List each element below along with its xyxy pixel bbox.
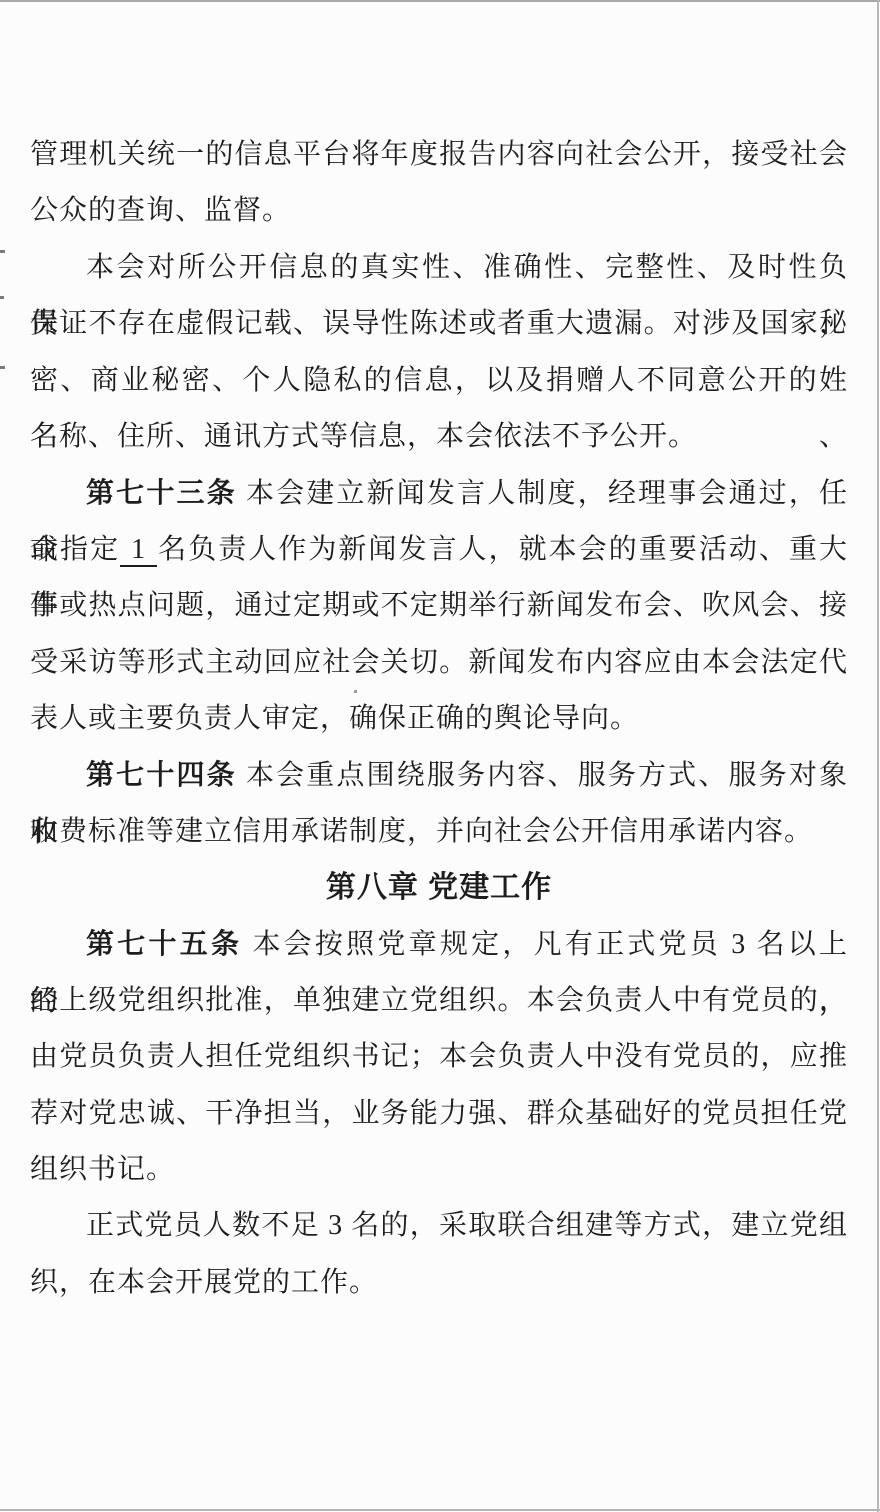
bold-article-label: 第七十五条 [86, 928, 242, 959]
text-line: 受采访等形式主动回应社会关切。新闻发布内容应由本会法定代 [30, 635, 848, 691]
scan-edge-bottom [0, 1509, 880, 1511]
scan-edge-top [0, 0, 880, 2]
text-line: 由党员负责人担任党组织书记；本会负责人中没有党员的，应推 [30, 1029, 848, 1085]
text-line: 本会对所公开信息的真实性、准确性、完整性、及时性负责， [30, 240, 848, 296]
text-line: 收费标准等建立信用承诺制度，并向社会公开信用承诺内容。 [30, 804, 848, 860]
text-run: 正式党员人数不足 3 名的，采取联合组建等方式，建立党组 [86, 1210, 848, 1241]
scanned-document-page: 管理机关统一的信息平台将年度报告内容向社会公开，接受社会公众的查询、监督。本会对… [0, 0, 880, 1512]
scan-edge-right [877, 0, 879, 1512]
text-line: 织，在本会开展党的工作。 [30, 1255, 848, 1311]
text-line: 组织书记。 [30, 1142, 848, 1198]
text-line: 第七十三条 本会建立新闻发言人制度，经理事会通过，任命 [30, 465, 848, 521]
text-line: 正式党员人数不足 3 名的，采取联合组建等方式，建立党组 [30, 1198, 848, 1254]
text-run: 由党员负责人担任党组织书记；本会负责人中没有党员的，应推 [30, 1041, 848, 1072]
scan-speck [0, 296, 4, 299]
text-line: 表人或主要负责人审定，确保正确的舆论导向。 [30, 691, 848, 747]
text-line: 第七十五条 本会按照党章规定，凡有正式党员 3 名以上的， [30, 916, 848, 972]
text-line: 经上级党组织批准，单独建立党组织。本会负责人中有党员的， [30, 973, 848, 1029]
text-run: 管理机关统一的信息平台将年度报告内容向社会公开，接受社会 [30, 139, 848, 170]
text-line: 第七十四条 本会重点围绕服务内容、服务方式、服务对象和 [30, 747, 848, 803]
text-run: 名称、住所、通讯方式等信息，本会依法不予公开。 [30, 421, 697, 452]
scan-speck [0, 366, 5, 369]
text-run: 保证不存在虚假记载、误导性陈述或者重大遗漏。对涉及国家秘 [30, 308, 848, 339]
text-line: 密、商业秘密、个人隐私的信息，以及捐赠人不同意公开的姓名、 [30, 353, 848, 409]
bold-article-label: 第八章 党建工作 [326, 871, 552, 904]
text-run: 经上级党组织批准，单独建立党组织。本会负责人中有党员的， [30, 985, 848, 1016]
text-line: 荐对党忠诚、干净担当，业务能力强、群众基础好的党员担任党 [30, 1086, 848, 1142]
text-run: 收费标准等建立信用承诺制度，并向社会公开信用承诺内容。 [30, 816, 813, 847]
text-run: 表人或主要负责人审定，确保正确的舆论导向。 [30, 703, 639, 734]
text-run: 组织书记。 [30, 1154, 175, 1185]
text-line: 或指定1名负责人作为新闻发言人，就本会的重要活动、重大事 [30, 522, 848, 578]
text-line: 保证不存在虚假记载、误导性陈述或者重大遗漏。对涉及国家秘 [30, 296, 848, 352]
text-run: 织，在本会开展党的工作。 [30, 1267, 378, 1298]
text-run: 公众的查询、监督。 [30, 195, 291, 226]
text-line: 公众的查询、监督。 [30, 183, 848, 239]
text-run: 荐对党忠诚、干净担当，业务能力强、群众基础好的党员担任党 [30, 1098, 848, 1129]
scan-speck [0, 250, 5, 253]
text-block: 管理机关统一的信息平台将年度报告内容向社会公开，接受社会公众的查询、监督。本会对… [30, 127, 848, 1311]
text-run: 受采访等形式主动回应社会关切。新闻发布内容应由本会法定代 [30, 647, 848, 678]
underlined-number: 1 [120, 534, 157, 567]
text-line: 管理机关统一的信息平台将年度报告内容向社会公开，接受社会 [30, 127, 848, 183]
bold-article-label: 第七十四条 [86, 759, 237, 790]
text-run: 或指定 [30, 534, 120, 565]
text-line: 件或热点问题，通过定期或不定期举行新闻发布会、吹风会、接 [30, 578, 848, 634]
chapter-heading: 第八章 党建工作 [30, 860, 848, 916]
bold-article-label: 第七十三条 [86, 477, 237, 508]
text-run: 件或热点问题，通过定期或不定期举行新闻发布会、吹风会、接 [30, 590, 848, 621]
